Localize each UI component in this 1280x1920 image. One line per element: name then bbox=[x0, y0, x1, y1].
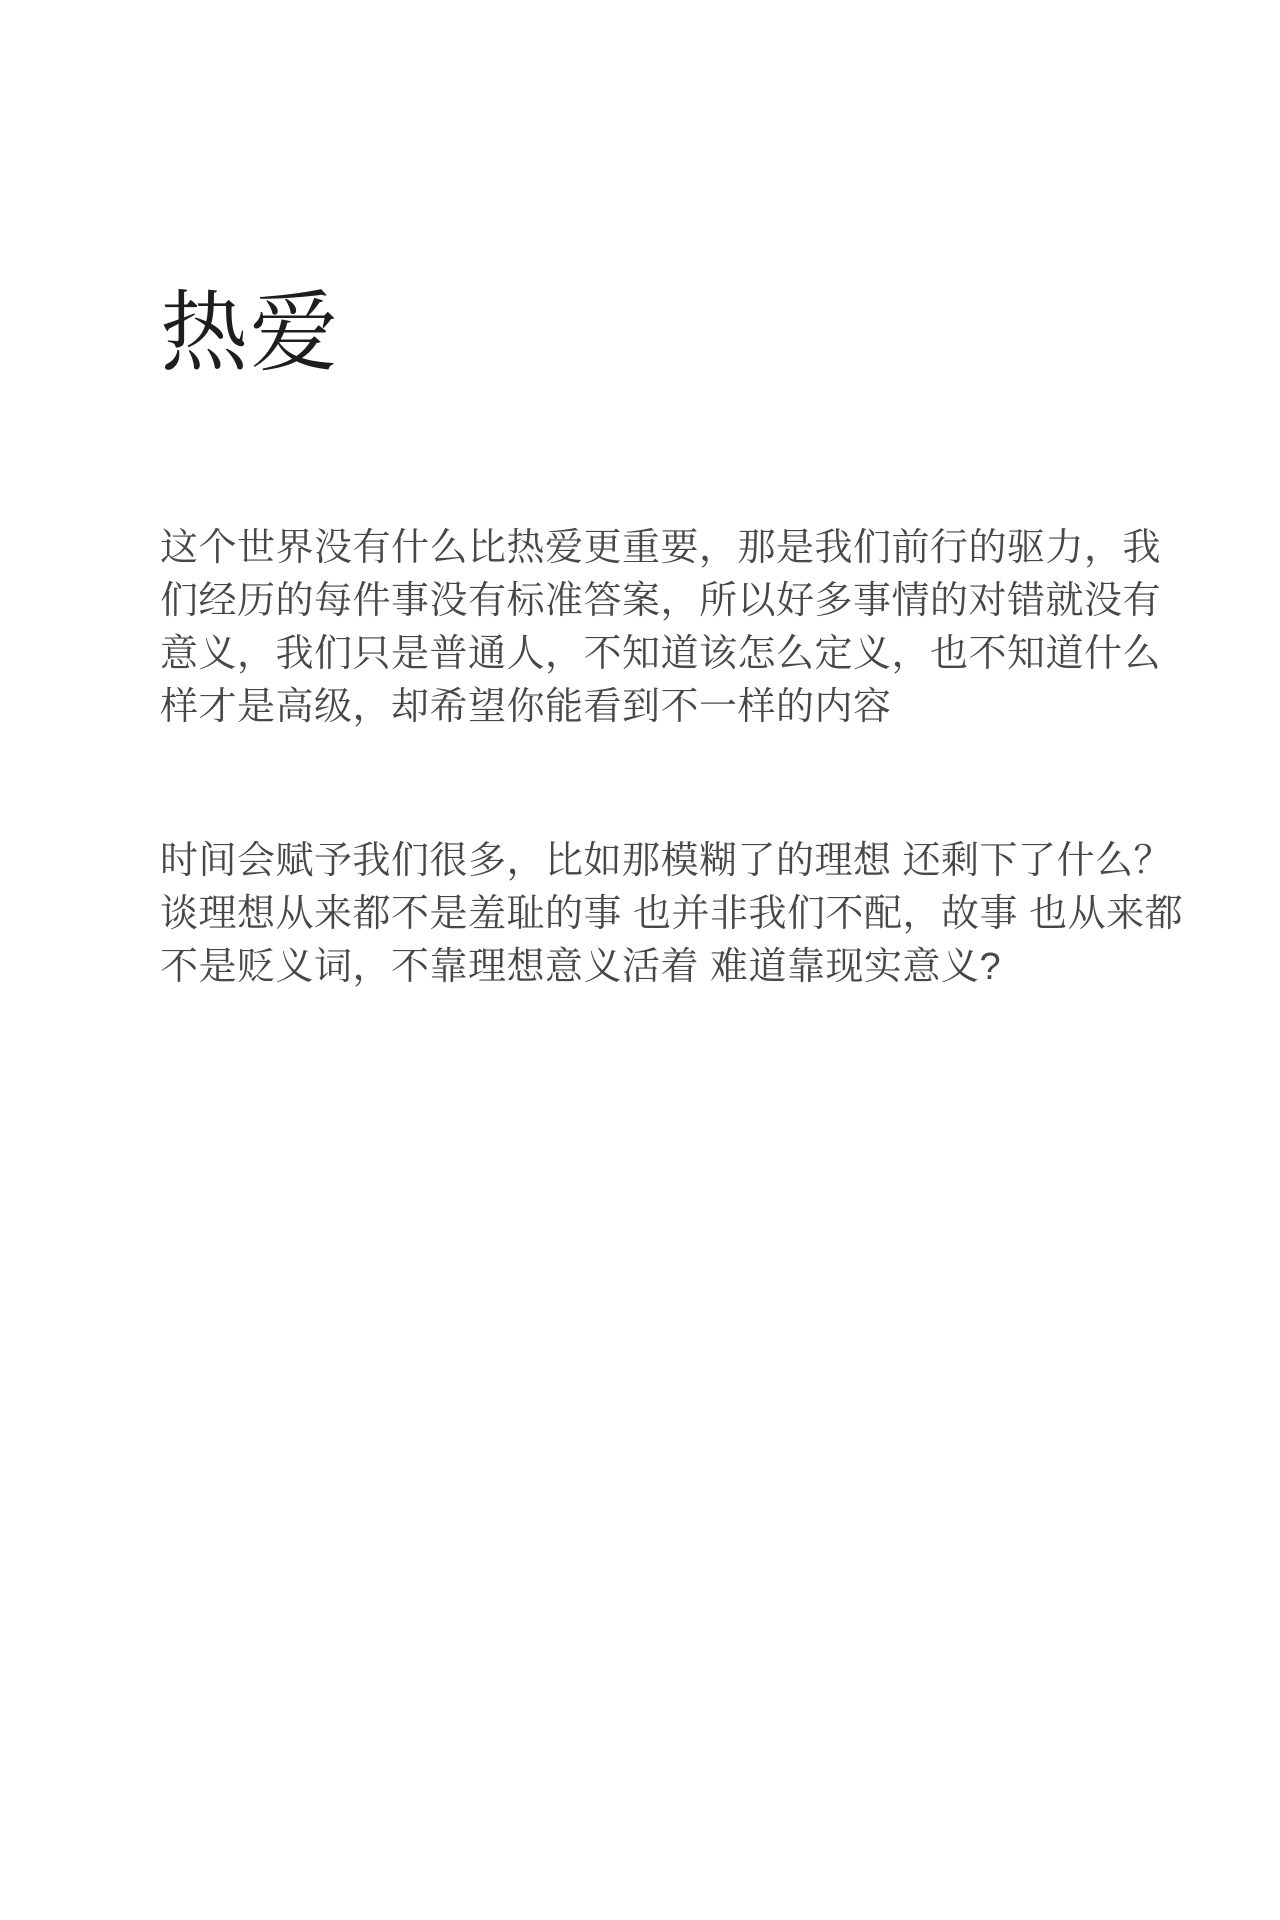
document-page: 热爱 这个世界没有什么比热爱更重要，那是我们前行的驱力，我 们经历的每件事没有标… bbox=[0, 0, 1280, 1920]
text-line: 样才是高级，却希望你能看到不一样的内容 bbox=[160, 681, 1150, 734]
paragraph-ideals: 时间会赋予我们很多，比如那模糊了的理想 还剩下了什么？ 谈理想从来都不是羞耻的事… bbox=[160, 835, 1150, 994]
page-title: 热爱 bbox=[160, 289, 1150, 377]
text-line: 不是贬义词，不靠理想意义活着 难道靠现实意义? bbox=[160, 941, 1150, 994]
text-line: 这个世界没有什么比热爱更重要，那是我们前行的驱力，我 bbox=[160, 522, 1150, 575]
content-area: 热爱 这个世界没有什么比热爱更重要，那是我们前行的驱力，我 们经历的每件事没有标… bbox=[160, 0, 1150, 994]
text-line: 们经历的每件事没有标准答案，所以好多事情的对错就没有 bbox=[160, 575, 1150, 628]
paragraph-passion: 这个世界没有什么比热爱更重要，那是我们前行的驱力，我 们经历的每件事没有标准答案… bbox=[160, 522, 1150, 734]
text-line: 意义，我们只是普通人，不知道该怎么定义，也不知道什么 bbox=[160, 628, 1150, 681]
text-line: 时间会赋予我们很多，比如那模糊了的理想 还剩下了什么？ bbox=[160, 835, 1150, 888]
text-line: 谈理想从来都不是羞耻的事 也并非我们不配，故事 也从来都 bbox=[160, 888, 1150, 941]
